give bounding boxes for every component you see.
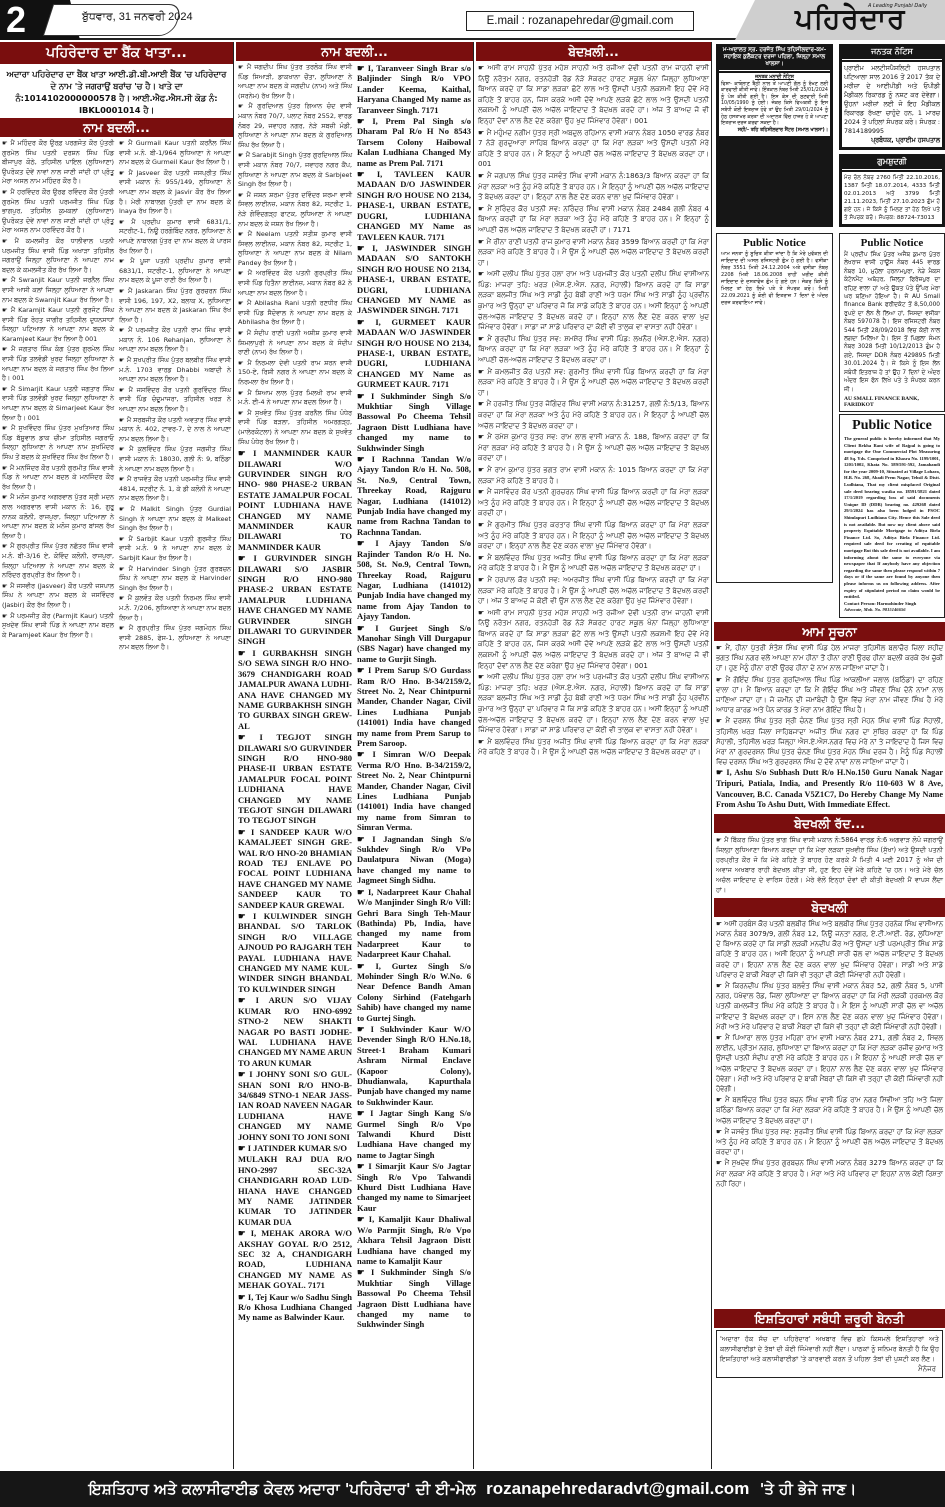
list-item: ☛ I Prem Sarup S/O Gurdass Ram R/O Hno. … <box>357 665 471 748</box>
tehsildar-notice-text: ਵਿਸ਼ਾ- ਕਾਬੋਲਾਣ ਬੈਠੀ ਨਾਲ ਤੋਂ ਆਪਣੀ ਗੱਲ ਨੂੰ… <box>721 82 828 128</box>
list-item: ☛ I Ajayy Tandon S/o Rajinder Tandon R/o… <box>357 538 471 621</box>
list-item: ☛ ਮੈਂ Harvinder Singh ਪੁੱਤਰ ਗੁਰਬਚਨ ਸਿੰਘ … <box>119 565 231 594</box>
list-item: ☛ ਮੈਂ ਜਸਵਿੰਦਰ ਕੌਰ ਪਤਨੀ ਗੁਰਵਿੰਦਰ ਸਿੰਘ ਵਾਸ… <box>119 386 231 415</box>
disinheritance-cancel-header: ਬੇਦਖਲੀ ਰੱਦ... <box>714 814 945 833</box>
list-item: ☛ I Simarjit Kaur S/o Jagtar Singh R/o V… <box>357 1161 471 1213</box>
list-item: ☛ ਮੈਂ Swranjit Kaur ਪਤਨੀ ਜਰਨੈਲ ਸਿੰਘ ਵਾਸੀ… <box>2 276 114 305</box>
masthead: 2 ਬੁੱਧਵਾਰ, 31 ਜਨਵਰੀ 2024 E.mail : rozana… <box>0 0 945 40</box>
list-item: ☛ ਮੈਂ Gurmail Kaur ਪਤਨੀ ਕਰਨੈਲ ਸਿੰਘ ਵਾਸੀ … <box>119 139 231 168</box>
bank-account-text: ਅਦਾਰਾ ਪਹਿਰੇਦਾਰ ਦਾ ਬੈਂਕ ਖਾਤਾ ਆਈ.ਡੀ.ਬੀ.ਆਈ … <box>0 66 233 118</box>
public-notice-advocate: Advocate, Mob. No. 9815146656 <box>844 607 940 614</box>
list-item: ☛ ਮੈਂ ਰੀਨਾ ਰਾਣੀ ਪਤਨੀ ਰਾਜ ਕੁਮਾਰ ਵਾਸੀ ਮਕਾਨ… <box>478 237 709 269</box>
list-item: ☛ I SANDEEP KAUR W/O KAMALJEET SINGH GRE… <box>238 827 352 910</box>
list-item: ☛ ਮੈਂ Jasveer ਕੌਰ ਪਤਨੀ ਜਸਪ੍ਰੀਤ ਸਿੰਘ ਵਾਸੀ… <box>119 169 231 217</box>
public-notice-bank-sign: AU SMALL FINANCE BANK, FARIDKOT <box>844 396 940 408</box>
tehsildar-notice-body: ਜਨਤਕ ਮਨਾਦੀ ਨੋਟਿਸ ਵਿਸ਼ਾ- ਕਾਬੋਲਾਣ ਬੈਠੀ ਨਾਲ… <box>719 73 830 136</box>
list-item: ☛ ਮੈਂ ਪਰਮਜੀਤ ਕੌਰ (Parmjit Kaur) ਪਤਨੀ ਸੁਖ… <box>2 612 114 641</box>
footer-text-after: 'ਤੇ ਹੀ ਭੇਜੇ ਜਾਣ। <box>760 1480 857 1498</box>
tagline: A Leading Punjabi Daily <box>868 3 927 9</box>
list-item: ☛ ਮੈਂ ਕਿਰਨਦੀਪ ਸਿੰਘ ਪੁੱਤਰ ਬਲਵੰਤ ਸਿੰਘ ਵਾਸੀ… <box>716 981 943 1032</box>
public-notice-mortgage-title: Public Notice <box>844 418 940 434</box>
list-item: ☛ I Rachnna Tandan W/o Ajayy Tandon R/o … <box>357 454 471 537</box>
list-item: ☛ I, GURMEET KAUR MADAAN W/O JASWINDER S… <box>357 317 471 390</box>
list-item: ☛ I JOHNY SONI S/O GUL-SHAN SONI R/O HNO… <box>238 1069 352 1142</box>
list-item: ☛ ਮੈਂ Malkit Singh ਪੁੱਤਰ Gurdial Singh ਨ… <box>119 505 231 534</box>
list-item: ☛ I, JASWINDER SINGH MADAAN S/O SANTOKH … <box>357 243 471 316</box>
tehsildar-notice: ਮ-ਅਦਾਲਤ ਸ੍ਰ. ਹਰਜੋਤ ਸਿੰਘ ਤਹਿਸੀਲਦਾਰ-ਕਮ-ਸਹਾ… <box>716 44 833 227</box>
list-item: ☛ ਮੈਂ Jaskaran ਸਿੰਘ ਪੁੱਤਰ ਗੁਰਚਰਨ ਸਿੰਘ ਵਾ… <box>119 287 231 325</box>
name-change-list-2: ☛ ਮੈਂ ਜਗਦੀਪ ਸਿੰਘ ਪੁੱਤਰ ਤਰਲੋਕ ਸਿੰਘ ਵਾਸੀ ਪ… <box>236 63 473 1330</box>
disinheritance-cancel-text: ☛ ਮੈਂ ਬਿੱਕਰ ਸਿੰਘ ਪੁੱਤਰ ਭਾਗ ਸਿੰਘ ਵਾਸੀ ਮਕਾ… <box>714 835 945 895</box>
list-item: ☛ ਮੈਂ ਗੋਇੰਦ ਸਿੰਘ ਪੁੱਤਰ ਗੁਰਦਿਆਲ ਸਿੰਘ ਪਿੰਡ… <box>716 675 943 716</box>
name-change-header-2: ਨਾਮ ਬਦਲੀ... <box>236 42 473 61</box>
column-3: ਬੇਦਖ਼ਲੀ... ☛ ਅਸੀਂ ਰਾਮ ਸਾਹਨੀ ਪੁੱਤਰ ਮਹੇਸ਼ … <box>476 42 712 1469</box>
list-item: ☛ ਮੈਂ ਅਰਵਿੰਦਰ ਕੌਰ ਪਤਨੀ ਗੁਰਪ੍ਰੀਤ ਸਿੰਘ ਵਾਸ… <box>238 269 352 298</box>
list-item: ☛ ਮੈਂ ਕੁਲਵਿੰਦਰ ਸਿੰਘ ਪੁੱਤਰ ਜਗਜੀਤ ਸਿੰਘ ਵਾਸ… <box>119 445 231 474</box>
list-item: ☛ I GURVINDER SINGH DILAWARI S/O JASBIR … <box>238 553 352 647</box>
list-item: ☛ ਮੈਂ ਰਾਮ ਕੁਮਾਰ ਪੁੱਤਰ ਭਗਤ ਰਾਮ ਵਾਸੀ ਮਕਾਨ … <box>478 465 709 486</box>
list-item: ☛ ਮੈਂ ਬਲਵਿੰਦਰ ਸਿੰਘ ਪੁੱਤਰ ਅਜੀਤ ਸਿੰਘ ਵਾਸੀ … <box>478 553 709 574</box>
list-item: ☛ ਮੈਂ ਮਹਿੰਦਰ ਕੌਰ ਉਰਫ਼ ਪਰਗਜੋਤ ਕੌਰ ਪੁੱਤਰੀ … <box>2 139 114 187</box>
list-item: ☛ ਮੈਂ ਕਮਲਜੀਤ ਕੌਰ ਪਤਨੀ ਸਵ: ਗੁਰਮੀਤ ਸਿੰਘ ਵਾ… <box>478 367 709 399</box>
list-item: ☛ I, TAVLEEN KAUR MADAAN D/O JASWINDER S… <box>357 169 471 242</box>
list-item: ☛ ਮੈਂ ਸੁਖਦੇਵ ਸਿੰਘ ਪੁੱਤਰ ਗੁਰਬਚਨ ਸਿੰਘ ਵਾਸੀ… <box>716 1158 943 1189</box>
list-item: ☛ I, Nadarpreet Kaur Chahal W/o Manjinde… <box>357 887 471 960</box>
list-item: ☛ ਮੈਂ Abilasha Rani ਪਤਨੀ ਰਣਧੀਰ ਸਿੰਘ ਵਾਸੀ… <box>238 299 352 328</box>
list-item: ☛ ਮੈਂ ਰਮੇਸ਼ ਕੁਮਾਰ ਪੁੱਤਰ ਸਵ: ਰਾਮ ਲਾਲ ਵਾਸੀ… <box>478 432 709 464</box>
list-item: ☛ ਮੈਂ ਸੁਖਵਿੰਦਰ ਸਿੰਘ ਪੁੱਤਰ ਮੁਖਤਿਆਰ ਸਿੰਘ ਪ… <box>2 424 114 462</box>
list-item: ☛ ਮੈਂ ਜਗਦੀਪ ਸਿੰਘ ਪੁੱਤਰ ਤਰਲੋਕ ਸਿੰਘ ਵਾਸੀ ਪ… <box>238 63 352 101</box>
public-notice-bank-title: Public Notice <box>844 237 940 249</box>
ad-request-header: ਇਸ਼ਤਿਹਾਰਾਂ ਸਬੰਧੀ ਜ਼ਰੂਰੀ ਬੇਨਤੀ <box>714 1309 945 1328</box>
name-change-list: ☛ ਮੈਂ ਮਹਿੰਦਰ ਕੌਰ ਉਰਫ਼ ਪਰਗਜੋਤ ਕੌਰ ਪੁੱਤਰੀ … <box>0 139 233 653</box>
disinheritance-list-2: ☛ ਅਸੀਂ ਹਰਬੰਸ ਕੌਰ ਪਤਨੀ ਬਲਬੀਰ ਸਿੰਘ ਅਤੇ ਬਲਬ… <box>714 919 945 1309</box>
list-item: ☛ ਮੈਂ ਪ੍ਰਦੀਪ ਕੁਮਾਰ ਵਾਸੀ 6831/1, ਸਟਰੀਟ-1,… <box>119 218 231 256</box>
list-item: ☛ ਮੈਂ ਹਰਪਾਲ ਕੌਰ ਪਤਨੀ ਸਵ: ਅਮਰਜੀਤ ਸਿੰਘ ਵਾਸ… <box>478 575 709 607</box>
disinheritance-header: ਬੇਦਖ਼ਲੀ... <box>476 42 711 61</box>
list-item: ☛ ਮੈਂ, ਹੀਨਾ ਪੁੱਤਰੀ ਸੰਤੋਸ਼ ਸਿੰਘ ਵਾਸੀ ਪਿੰਡ… <box>716 643 943 674</box>
list-item: ☛ ਮੈਂ ਸੁਖਵੰਤ ਸਿੰਘ ਪੁੱਤਰ ਕਰਨੈਲ ਸਿੰਘ ਪੰਧੇਰ… <box>238 409 352 447</box>
public-notice-property: Public Notice ਆਮ ਜਨਤਾ ਨੂੰ ਸੂਚਿਤ ਕੀਤਾ ਜਾਂ… <box>716 233 833 583</box>
list-item: ☛ ਮੈਂ ਬਲਵਿੰਦਰ ਸਿੰਘ ਪੁੱਤਰ ਬਚਨ ਸਿੰਘ ਵਾਸੀ ਪ… <box>716 1095 943 1126</box>
list-item: ☛ I TEGJOT SINGH DILAWARI S/O GURVINDER … <box>238 732 352 826</box>
list-item: ☛ ਮੈਂ ਗੁਰਪ੍ਰੀਤ ਸਿੰਘ ਪੁੱਤਰ ਨਛੱਤਰ ਸਿੰਘ ਵਾਸ… <box>2 542 114 580</box>
list-item: ☛ ਅਸੀਂ ਰਾਮ ਸਾਹਨੀ ਪੁੱਤਰ ਮਹੇਸ਼ ਸਾਹਨੀ ਅਤੇ ਰ… <box>478 608 709 672</box>
ad-request-text: 'ਅਦਾਰਾ ਹੱਕ ਸੱਚ ਦਾ ਪਹਿਰੇਦਾਰ' ਅਖਬਾਰ ਵਿਚ ਛਪ… <box>720 1334 939 1364</box>
lost-notice: ਗੁਮਸ਼ੁਦਗੀ ਮੇਰ ਰੋਲ ਨੰਬਰ 2760 ਮਿਤੀ 22.10.2… <box>839 154 945 227</box>
disinheritance-header-2: ਬੇਦਖਲੀ <box>714 898 945 917</box>
list-item: ☛ ਮੈਂ ਮਹੁੰਮਦ ਨਗੀਮ ਪੁੱਤਰ ਸ੍ਰੀ ਅਬਦੁਲ ਰਹਿਮਾ… <box>478 128 709 170</box>
list-item: ☛ ਮੈਂ Sarabjit Singh ਪੁੱਤਰ ਗੁਰਦਿਆਲ ਸਿੰਘ … <box>238 151 352 189</box>
list-item: ☛ ਅਸੀਂ ਦਲੀਪ ਸਿੰਘ ਪੁੱਤਰ ਹਲਾ ਰਾਮ ਅਤੇ ਪਰਮਜੀ… <box>478 672 709 736</box>
list-item: MULAKH RAJ DUA R/O HNO-2997 SEC-32A CHAN… <box>238 1154 352 1227</box>
hospital-notice-body: ਪ੍ਰਾਈਮ ਮਲਟੀਸਪੈਸ਼ਲਿਟੀ ਹਸਪਤਾਲ ਪਟਿਆਲਾ ਸਾਲ 2… <box>842 62 942 147</box>
list-item: ☛ I Simran W/O Deepak Verma R/O Hno. B-3… <box>357 749 471 832</box>
list-item: ☛ ਮੈਂ ਜਸਵੀਰ (Jasveer) ਕੌਰ ਪਤਨੀ ਜਸਪਾਲ ਸਿੰ… <box>2 582 114 611</box>
list-item: ☛ ਮੈਂ ਸੰਦੀਪ ਰਾਣੀ ਪਤਨੀ ਅਸ਼ੀਸ਼ ਕੁਮਾਰ ਵਾਸੀ … <box>238 329 352 358</box>
lost-notice-title: ਗੁਮਸ਼ੁਦਗੀ <box>842 157 942 170</box>
list-item: ☛ ਮੈਂ Sarbjit Kaur ਪਤਨੀ ਗੁਰਜੀਤ ਸਿੰਘ ਵਾਸੀ… <box>119 535 231 564</box>
list-item: ☛ I GURBAKHSH SINGH S/O SEWA SINGH R/O H… <box>238 648 352 731</box>
general-notice-list: ☛ ਮੈਂ, ਹੀਨਾ ਪੁੱਤਰੀ ਸੰਤੋਸ਼ ਸਿੰਘ ਵਾਸੀ ਪਿੰਡ… <box>714 643 945 811</box>
issue-date: ਬੁੱਧਵਾਰ, 31 ਜਨਵਰੀ 2024 <box>82 11 193 24</box>
list-item: ☛ ਮੈਂ Karamjit Kaur ਪਤਨੀ ਗੁਰਜੰਟ ਸਿੰਘ ਵਾਸ… <box>2 306 114 344</box>
list-item: ☛ ਮੈਂ ਜਸਵਿੰਦਰ ਕੌਰ ਪਤਨੀ ਗੁਰਚਰਨ ਸਿੰਘ ਵਾਸੀ … <box>478 487 709 519</box>
hospital-notice-text: ਪ੍ਰਾਈਮ ਮਲਟੀਸਪੈਸ਼ਲਿਟੀ ਹਸਪਤਾਲ ਪਟਿਆਲਾ ਸਾਲ 2… <box>844 64 940 136</box>
top-notices-row: ਮ-ਅਦਾਲਤ ਸ੍ਰ. ਹਰਜੋਤ ਸਿੰਘ ਤਹਿਸੀਲਦਾਰ-ਕਮ-ਸਹਾ… <box>714 42 945 231</box>
right-notices-stack: ਜਨਤਕ ਨੋਟਿਸ ਪ੍ਰਾਈਮ ਮਲਟੀਸਪੈਸ਼ਲਿਟੀ ਹਸਪਤਾਲ ਪ… <box>839 42 945 231</box>
list-item: ☛ ਮੈਂ ਜਗਤਾਰ ਸਿੰਘ ਕੰਗ ਪੁੱਤਰ ਗੁਰਮੇਲ ਸਿੰਘ ਵ… <box>2 345 114 383</box>
list-item: ☛ I, Tej Kaur w/o Sadhu Singh R/o Khosa … <box>238 1292 352 1323</box>
general-notice-header: ਆਮ ਸੂਚਨਾ <box>714 622 945 641</box>
list-item: ☛ I KULWINDER SINGH BHANDAL S/O TARLOK S… <box>238 911 352 994</box>
list-item: ☛ ਅਸੀਂ ਰਾਮ ਸਾਹਨੀ ਪੁੱਤਰ ਮਹੇਸ਼ ਸਾਹਨੀ ਅਤੇ ਰ… <box>478 63 709 127</box>
list-item: ☛ ਮੈਂ ਗੁਰਦੀਪ ਸਿੰਘ ਪੁੱਤਰ ਸਵ: ਸ਼ਮਸ਼ੇਰ ਸਿੰਘ… <box>478 334 709 366</box>
tehsildar-notice-sign: ਸਹੀ/- ਤਹਿ ਤਹਿਸੀਲਦਾਰ ਸੈਂਟਰ (ਸਮਾਲ ਖਾਲਸਾ)। <box>721 128 828 135</box>
list-item: ☛ ਮੈਂ ਪੂਜਾ ਪਤਨੀ ਪ੍ਰਦੀਪ ਕੁਮਾਰ ਵਾਸੀ 6831/1… <box>119 257 231 286</box>
public-notice-title: Public Notice <box>721 237 828 249</box>
ad-request-box: 'ਅਦਾਰਾ ਹੱਕ ਸੱਚ ਦਾ ਪਹਿਰੇਦਾਰ' ਅਖਬਾਰ ਵਿਚ ਛਪ… <box>716 1330 943 1378</box>
list-item: ☛ ਮੈਂ ਪਿਆਰਾ ਲਾਲ ਪੁੱਤਰ ਮਹਿਗਾ ਰਾਮ ਵਾਸੀ ਮਕਾ… <box>716 1033 943 1094</box>
list-item: ☛ ਮੈਂ ਸੁਖਪ੍ਰੀਤ ਸਿੰਘ ਪੁੱਤਰ ਬਲਬੀਰ ਸਿੰਘ ਵਾਸ… <box>119 356 231 385</box>
public-notice-mortgage: Public Notice The general public is here… <box>839 414 945 618</box>
list-item: ☛ I, Prem Pal Singh s/o Dharam Pal R/o H… <box>357 116 471 168</box>
list-item: ☛ ਮੈਂ ਮਨਜਿੰਦਰ ਕੌਰ ਪਤਨੀ ਗੁਰਮੀਤ ਸਿੰਘ ਵਾਸੀ … <box>2 464 114 493</box>
list-item: ☛ I ARUN S/O VIJAY KUMAR R/O HNO-6992 ST… <box>238 995 352 1068</box>
list-item: ☛ ਮੈਂ ਗੁਰਪ੍ਰੀਤ ਸਿੰਘ ਪੁੱਤਰ ਜਗਮੋਹਨ ਸਿੰਘ ਵਾ… <box>119 624 231 653</box>
list-item: ☛ I, Kamaljit Kaur Dhaliwal W/o Parmjit … <box>357 1214 471 1266</box>
list-item: ☛ ਮੈਂ ਕਮਲਜੀਤ ਕੌਰ ਧਾਲੀਵਾਲ ਪਤਨੀ ਪਰਮਜੀਤ ਸਿੰ… <box>2 237 114 275</box>
list-item: ☛ ਮੈਂ ਜਸ਼ਨ ਸ਼ਰਮਾ ਪੁੱਤਰ ਦਵਿੰਦਰ ਸ਼ਰਮਾ ਵਾਸੀ… <box>238 191 352 229</box>
list-item: ☛ ਅਸੀਂ ਹਰਬੰਸ ਕੌਰ ਪਤਨੀ ਬਲਬੀਰ ਸਿੰਘ ਅਤੇ ਬਲਬ… <box>716 919 943 980</box>
list-item: ☛ ਮੈਂ Simarjit Kaur ਪਤਨੀ ਜਗਤਾਰ ਸਿੰਘ ਵਾਸੀ… <box>2 385 114 423</box>
list-item: ☛ I Jagnandan Singh S/o Sukhdev Singh R/… <box>357 834 471 886</box>
disinheritance-list: ☛ ਅਸੀਂ ਰਾਮ ਸਾਹਨੀ ਪੁੱਤਰ ਮਹੇਸ਼ ਸਾਹਨੀ ਅਤੇ ਰ… <box>476 63 711 758</box>
public-notice-bank-text: ਮੈਂ ਪ੍ਰਦੀਪ ਸਿੰਘ ਪੁੱਤਰ ਅਜੈਬ ਕੁਮਾਰ ਪੁੱਤਰ ਲ… <box>844 251 940 394</box>
tehsildar-notice-title: ਮ-ਅਦਾਲਤ ਸ੍ਰ. ਹਰਜੋਤ ਸਿੰਘ ਤਹਿਸੀਲਦਾਰ-ਕਮ-ਸਹਾ… <box>719 47 830 71</box>
list-item: ☛ I Sukhminder Singh S/o Mukhtiar Singh … <box>357 391 471 453</box>
lost-notice-text: ਮੇਰ ਰੋਲ ਨੰਬਰ 2760 ਮਿਤੀ 22.10.2016, 1387 … <box>842 172 942 224</box>
list-item: ☛ ਮੈਂ ਸਰਬਜੀਤ ਕੌਰ ਪਤਨੀ ਅਵਤਾਰ ਸਿੰਘ ਵਾਸੀ ਮਕ… <box>119 416 231 445</box>
list-item: ☛ ਮੈਂ ਸੁਰਿੰਦਰ ਕੌਰ ਪਤਨੀ ਸਵ: ਨਰਿੰਦਰ ਸਿੰਘ ਵ… <box>478 204 709 236</box>
public-notice-text: ਆਮ ਜਨਤਾ ਨੂੰ ਸੂਚਿਤ ਕੀਤਾ ਜਾਂਦਾ ਹੈ ਕਿ ਮੇਰੇ … <box>721 251 828 307</box>
list-item: ☛ I Gurjeet Singh S/o Manohar Singh Vill… <box>357 623 471 665</box>
list-item: ☛ I, MEHAK ARORA W/O AKSHAY GOYAL R/O 25… <box>238 1228 352 1290</box>
list-item: ☛ ਅਸੀਂ ਦਲੀਪ ਸਿੰਘ ਪੁੱਤਰ ਹਲਾ ਰਾਮ ਅਤੇ ਪਰਮਜੀ… <box>478 269 709 333</box>
list-item: ☛ I, Taranveer Singh Brar s/o Baljinder … <box>357 63 471 115</box>
public-notices-right: Public Notice ਮੈਂ ਪ੍ਰਦੀਪ ਸਿੰਘ ਪੁੱਤਰ ਅਜੈਬ… <box>839 231 945 620</box>
list-item: ☛ I MANMINDER KAUR DILAWARI W/O GURVINDE… <box>238 448 352 552</box>
list-item: ☛ ਮੈਂ ਕੁਲਵੰਤ ਕੌਰ ਪਤਨੀ ਨਿਰਮਲ ਸਿੰਘ ਵਾਸੀ ਮ.… <box>119 594 231 623</box>
list-item: ☛ ਮੈਂ ਜਗਪਾਲ ਸਿੰਘ ਪੁੱਤਰ ਜਸਵੰਤ ਸਿੰਘ ਵਾਸੀ ਮ… <box>478 171 709 203</box>
tehsildar-notice-subtitle: ਜਨਤਕ ਮਨਾਦੀ ਨੋਟਿਸ <box>721 75 828 82</box>
list-item: ☛ ਮੈਂ ਜਸਵੰਤ ਸਿੰਘ ਪੁੱਤਰ ਸਵ: ਸੁਰਜੀਤ ਸਿੰਘ ਵ… <box>716 1127 943 1158</box>
public-notice-hospital: ਜਨਤਕ ਨੋਟਿਸ ਪ੍ਰਾਈਮ ਮਲਟੀਸਪੈਸ਼ਲਿਟੀ ਹਸਪਤਾਲ ਪ… <box>839 44 945 150</box>
list-item: ☛ I Sukhvinder Kaur W/O Devender Singh R… <box>357 1024 471 1107</box>
hospital-notice-sign: ਪ੍ਰਬੰਧਕ, ਪ੍ਰਾਈਮ ਹਸਪਤਾਲ <box>844 136 940 145</box>
list-item: ☛ I, Ashu S/o Subhash Dutt R/o H.No.150 … <box>716 768 943 810</box>
list-item: ☛ I Sukhminder Singh S/o Mukhtiar Singh … <box>357 1267 471 1329</box>
footer-text-before: ਇਸ਼ਤਿਹਾਰ ਅਤੇ ਕਲਾਸੀਫਾਈਡ ਕੇਵਲ ਅਦਾਰਾ 'ਪਹਿਰੇ… <box>89 1480 476 1498</box>
bank-account-header: ਪਹਿਰੇਦਾਰ ਦਾ ਬੈਂਕ ਖਾਤਾ... <box>0 42 233 64</box>
list-item: ☛ I Jagtar Singh Kang S/o Gurmel Singh R… <box>357 1108 471 1160</box>
list-item: ☛ ਮੈਂ ਬਲਵਿੰਦਰ ਸਿੰਘ ਪੁੱਤਰ ਅਜੀਤ ਸਿੰਘ ਵਾਸੀ … <box>478 737 709 758</box>
public-notice-bank: Public Notice ਮੈਂ ਪ੍ਰਦੀਪ ਸਿੰਘ ਪੁੱਤਰ ਅਜੈਬ… <box>839 233 945 412</box>
hospital-notice-title: ਜਨਤਕ ਨੋਟਿਸ <box>842 47 942 60</box>
list-item: ☛ ਮੈਂ ਮਨੋਜ ਕੁਮਾਰ ਅਗਰਵਾਲ ਪੁੱਤਰ ਸ਼੍ਰੀ ਮਦਨ … <box>2 493 114 541</box>
public-notice-mortgage-text: The general public is hereby informed th… <box>844 436 940 601</box>
public-notices-row: Public Notice ਆਮ ਜਨਤਾ ਨੂੰ ਸੂਚਿਤ ਕੀਤਾ ਜਾਂ… <box>714 231 945 620</box>
column-4: ਮ-ਅਦਾਲਤ ਸ੍ਰ. ਹਰਜੋਤ ਸਿੰਘ ਤਹਿਸੀਲਦਾਰ-ਕਮ-ਸਹਾ… <box>714 42 945 1469</box>
column-2: ਨਾਮ ਬਦਲੀ... ☛ ਮੈਂ ਜਗਦੀਪ ਸਿੰਘ ਪੁੱਤਰ ਤਰਲੋਕ… <box>236 42 474 1469</box>
list-item: ☛ ਮੈਂ ਗੁਰਦਿਆਲ ਪੁੱਤਰ ਗਿਆਨ ਚੰਦ ਵਾਸੀ ਮਕਾਨ ਨ… <box>238 102 352 150</box>
footer-email[interactable]: rozanapehredaradvt@gmail.com <box>486 1479 749 1498</box>
name-change-header: ਨਾਮ ਬਦਲੀ... <box>0 118 233 137</box>
list-item: ☛ ਮੈਂ ਨਿਰਮਲਾ ਦੇਵੀ ਪਤਨੀ ਰਾਮ ਸ਼ਰਨ ਵਾਸੀ 150… <box>238 359 352 388</box>
list-item: ☛ ਮੈਂ ਹਰਜੀਤ ਸਿੰਘ ਪੁੱਤਰ ਜੋਗਿੰਦਰ ਸਿੰਘ ਵਾਸੀ… <box>478 399 709 431</box>
list-item: ☛ ਮੈਂ ਸ਼ਿਆਮ ਲਾਲ ਪੁੱਤਰ ਮਿਲਖੀ ਰਾਮ ਵਾਸੀ ਮ.ਨ… <box>238 389 352 408</box>
list-item: ☛ ਮੈਂ ਰਾਜਵੰਤ ਕੌਰ ਪਤਨੀ ਪਰਮਜੀਤ ਸਿੰਘ ਵਾਸੀ 4… <box>119 475 231 504</box>
list-item: ☛ ਮੈਂ Neelam ਪਤਨੀ ਸਤੀਸ਼ ਕੁਮਾਰ ਵਾਸੀ ਸਿਵਲ … <box>238 230 352 268</box>
column-1: ਪਹਿਰੇਦਾਰ ਦਾ ਬੈਂਕ ਖਾਤਾ... ਅਦਾਰਾ ਪਹਿਰੇਦਾਰ … <box>0 42 234 1469</box>
list-item: ☛ I, Gurtez Singh S/o Mohinder Singh R/o… <box>357 961 471 1023</box>
list-item: ☛ ਮੈਂ ਦਰਸ਼ਨ ਸਿੰਘ ਪੁੱਤਰ ਸ੍ਰੀ ਚੰਨਣ ਸਿੰਘ ਪੁ… <box>716 716 943 767</box>
list-item: ☛ ਮੈਂ ਪਰਮਜੀਤ ਕੌਰ ਪਤਨੀ ਰਾਮ ਸਿੰਘ ਵਾਸੀ ਮਕਾਨ… <box>119 326 231 355</box>
list-item: ☛ ਮੈਂ ਹਰਵਿੰਦਰ ਕੌਰ ਉਰਫ ਰਵਿੰਦਰ ਕੌਰ ਪੁੱਤਰੀ … <box>2 188 114 236</box>
list-item: ☛ ਮੈਂ ਗੁਰਮੀਤ ਸਿੰਘ ਪੁੱਤਰ ਕਰਤਾਰ ਸਿੰਘ ਵਾਸੀ … <box>478 520 709 552</box>
footer-banner: ਇਸ਼ਤਿਹਾਰ ਅਤੇ ਕਲਾਸੀਫਾਈਡ ਕੇਵਲ ਅਦਾਰਾ 'ਪਹਿਰੇ… <box>0 1471 945 1507</box>
masthead-email[interactable]: E.mail : rozanapehredar@gmail.com <box>466 11 694 31</box>
public-notice-contact: Contact Person: Harmohinder Singh <box>844 601 940 608</box>
ad-request-sign: ਮੈਨੇਜਰ <box>720 1364 939 1374</box>
list-item: ☛ I JATINDER KUMAR S/O <box>238 1143 352 1153</box>
